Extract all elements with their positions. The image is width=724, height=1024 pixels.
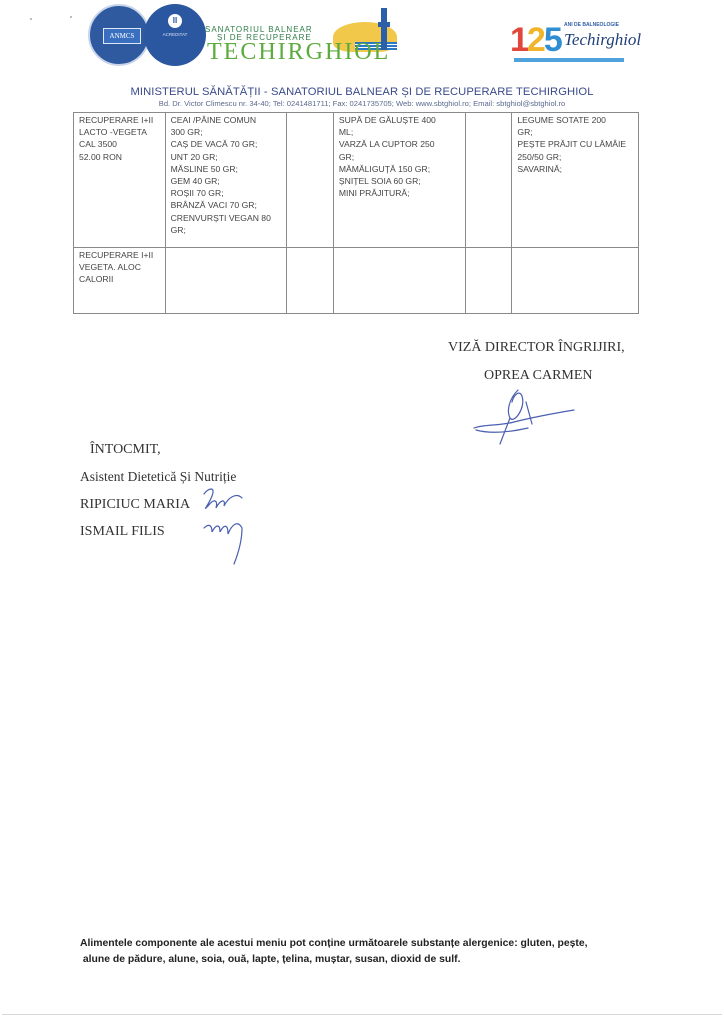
contact-address: Bd. Dr. Victor Climescu nr. 34-40; Tel: …: [0, 99, 724, 108]
anmcs-seal-logo: ANMCS: [88, 4, 150, 66]
cell-line: MĂMĂLIGUȚĂ 150 GR;: [339, 163, 462, 175]
lunch-cell: SUPĂ DE GĂLUȘTE 400ML;VARZĂ LA CUPTOR 25…: [333, 113, 466, 248]
cell-line: PEȘTE PRĂJIT CU LĂMÂIE: [517, 138, 634, 150]
anmcs-label: ANMCS: [103, 28, 141, 44]
accreditation-level: II: [168, 14, 182, 28]
cell-line: SAVARINĂ;: [517, 163, 634, 175]
table-row: RECUPERARE I+IIVEGETA. ALOCCALORII: [74, 248, 639, 314]
allergen-note-line2: alune de pădure, alune, soia, ouă, lapte…: [80, 952, 640, 968]
anniversary-brand: Techirghiol: [564, 30, 641, 50]
cell-line: CEAI /PÂINE COMUN: [171, 114, 282, 126]
preparer-signature: [198, 484, 258, 566]
anniversary-band: [514, 58, 624, 62]
sanatorium-title: TECHIRGHIOL: [207, 40, 390, 64]
cell-line: GEM 40 GR;: [171, 175, 282, 187]
diet-cell: RECUPERARE I+IILACTO -VEGETACAL 350052.0…: [74, 113, 166, 248]
cell-line: BRÂNZĂ VACI 70 GR;: [171, 199, 282, 211]
page-bottom-rule: [2, 1014, 722, 1015]
cell-line: CAȘ DE VACĂ 70 GR;: [171, 138, 282, 150]
cell-line: UNT 20 GR;: [171, 151, 282, 163]
cell-line: MĂSLINE 50 GR;: [171, 163, 282, 175]
cell-line: VEGETA. ALOC: [79, 261, 161, 273]
cell-line: MINI PRĂJITURĂ;: [339, 187, 462, 199]
digit-2: 2: [527, 21, 544, 59]
director-signature: [470, 388, 580, 448]
prepared-by-title: ÎNTOCMIT,: [90, 442, 161, 458]
scan-speck: [70, 16, 72, 18]
anniversary-logo: 125 ANI DE BALNEOLOGIE Techirghiol: [510, 20, 630, 66]
breakfast-cell: [165, 248, 286, 314]
accreditation-caption: ACREDITAT: [152, 32, 198, 38]
allergen-note: Alimentele componente ale acestui meniu …: [80, 936, 640, 968]
digit-5: 5: [544, 21, 561, 59]
dinner-cell: LEGUME SOTATE 200GR;PEȘTE PRĂJIT CU LĂMÂ…: [512, 113, 639, 248]
snack1-cell: [286, 248, 333, 314]
anniversary-tagline: ANI DE BALNEOLOGIE: [564, 22, 619, 28]
snack1-cell: [286, 113, 333, 248]
snack2-cell: [466, 113, 512, 248]
cell-line: ROȘII 70 GR;: [171, 187, 282, 199]
cell-line: LEGUME SOTATE 200: [517, 114, 634, 126]
cell-line: RECUPERARE I+II: [79, 114, 161, 126]
preparer-name: ISMAIL FILIS: [80, 524, 165, 540]
diet-cell: RECUPERARE I+IIVEGETA. ALOCCALORII: [74, 248, 166, 314]
cell-line: ML;: [339, 126, 462, 138]
cell-line: GR;: [517, 126, 634, 138]
cell-line: VARZĂ LA CUPTOR 250: [339, 138, 462, 150]
cell-line: 250/50 GR;: [517, 151, 634, 163]
cell-line: ȘNIȚEL SOIA 60 GR;: [339, 175, 462, 187]
prepared-by-role: Asistent Dietetică Și Nutriție: [80, 469, 236, 485]
preparer-name: RIPICIUC MARIA: [80, 497, 190, 513]
snack2-cell: [466, 248, 512, 314]
anniversary-number: 125: [510, 20, 561, 60]
cell-line: CRENVURȘTI VEGAN 80: [171, 212, 282, 224]
ministry-header: MINISTERUL SĂNĂTĂȚII - SANATORIUL BALNEA…: [0, 86, 724, 98]
cell-line: CALORII: [79, 273, 161, 285]
dinner-cell: [512, 248, 639, 314]
cell-line: GR;: [171, 224, 282, 236]
cell-line: CAL 3500: [79, 138, 161, 150]
cell-line: 300 GR;: [171, 126, 282, 138]
cell-line: RECUPERARE I+II: [79, 249, 161, 261]
cell-line: GR;: [339, 151, 462, 163]
allergen-note-line1: Alimentele componente ale acestui meniu …: [80, 936, 640, 952]
menu-table: RECUPERARE I+IILACTO -VEGETACAL 350052.0…: [73, 112, 639, 314]
approval-name: OPREA CARMEN: [484, 368, 593, 384]
breakfast-cell: CEAI /PÂINE COMUN300 GR;CAȘ DE VACĂ 70 G…: [165, 113, 286, 248]
cell-line: 52.00 RON: [79, 151, 161, 163]
accreditation-seal-logo: II ACREDITAT: [144, 4, 206, 66]
approval-title: VIZĂ DIRECTOR ÎNGRIJIRI,: [448, 340, 625, 356]
lunch-cell: [333, 248, 466, 314]
cell-line: SUPĂ DE GĂLUȘTE 400: [339, 114, 462, 126]
table-row: RECUPERARE I+IILACTO -VEGETACAL 350052.0…: [74, 113, 639, 248]
cell-line: LACTO -VEGETA: [79, 126, 161, 138]
sanatorium-logo: SANATORIUL BALNEAR ȘI DE RECUPERARE TECH…: [205, 6, 395, 66]
digit-1: 1: [510, 21, 527, 59]
scan-speck: [30, 18, 32, 20]
